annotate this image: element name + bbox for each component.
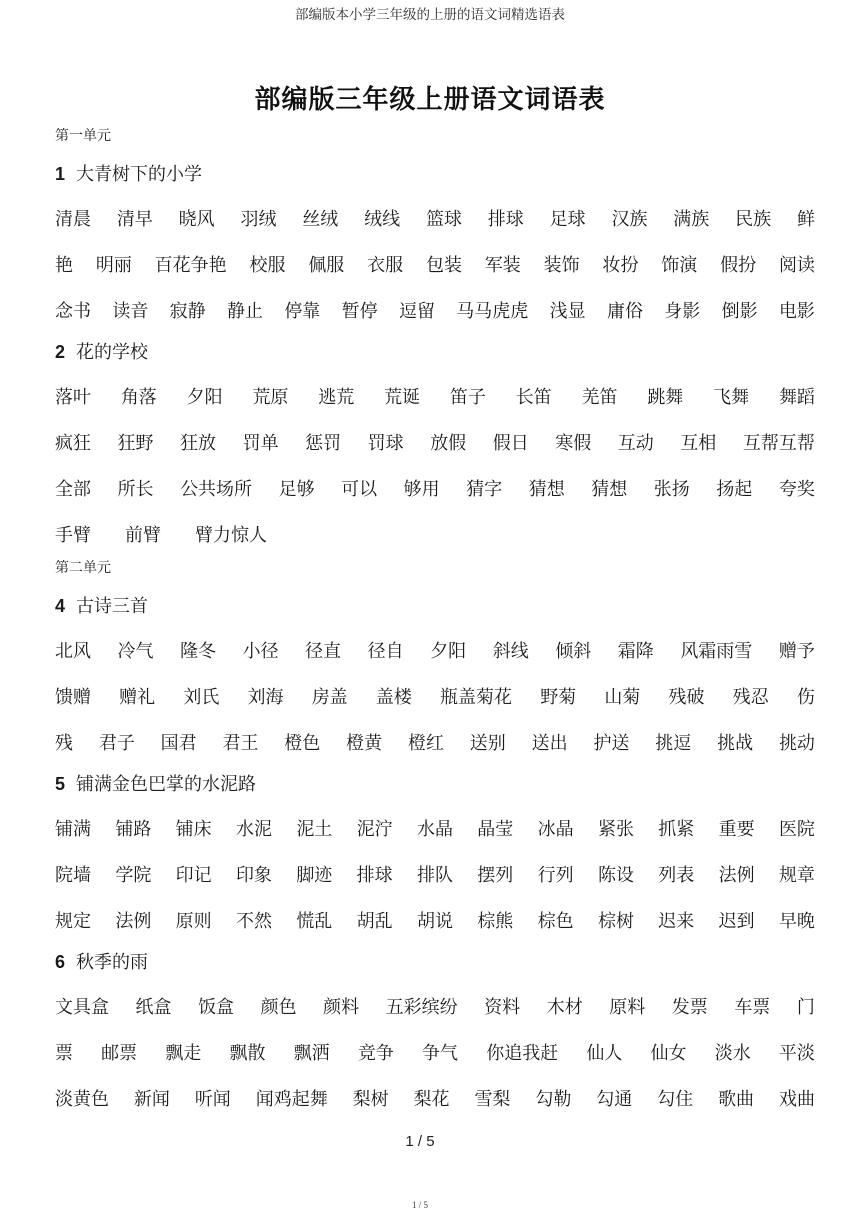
- word: 盖楼: [376, 686, 412, 709]
- word-line: 全部所长公共场所足够可以够用猜字猜想猜想张扬扬起夸奖: [55, 478, 815, 501]
- word: 院墙: [55, 864, 91, 887]
- word: 够用: [404, 478, 440, 501]
- word: 排队: [417, 864, 453, 887]
- vocabulary-list: 第一单元1大青树下的小学清晨清早晓风羽绒丝绒绒线篮球排球足球汉族满族民族鲜艳明丽…: [0, 128, 860, 1111]
- word: 落叶: [55, 386, 91, 409]
- word: 行列: [538, 864, 574, 887]
- word: 伤: [797, 686, 815, 709]
- lesson-heading: 4古诗三首: [55, 595, 815, 617]
- word: 泥土: [296, 818, 332, 841]
- word: 听闻: [195, 1088, 231, 1111]
- word: 橙色: [284, 732, 320, 755]
- word: 印象: [236, 864, 272, 887]
- word: 五彩缤纷: [386, 996, 458, 1019]
- word: 新闻: [134, 1088, 170, 1111]
- word: 静止: [227, 300, 263, 323]
- word: 猜字: [466, 478, 502, 501]
- word: 罚球: [368, 432, 404, 455]
- word: 戏曲: [779, 1088, 815, 1111]
- word: 冷气: [118, 640, 154, 663]
- word: 念书: [55, 300, 91, 323]
- word: 妆扮: [602, 254, 638, 277]
- word: 医院: [779, 818, 815, 841]
- word: 胡说: [417, 910, 453, 933]
- word: 放假: [430, 432, 466, 455]
- word: 足够: [279, 478, 315, 501]
- word: 胡乱: [357, 910, 393, 933]
- word: 勾通: [596, 1088, 632, 1111]
- word: 霜降: [618, 640, 654, 663]
- word: 飘洒: [294, 1042, 330, 1065]
- word: 文具盒: [55, 996, 109, 1019]
- unit-label: 第二单元: [55, 560, 815, 577]
- word: 径直: [305, 640, 341, 663]
- word: 颜色: [261, 996, 297, 1019]
- word: 棕熊: [477, 910, 513, 933]
- word-line: 票邮票飘走飘散飘洒竞争争气你追我赶仙人仙女淡水平淡: [55, 1042, 815, 1065]
- word: 房盖: [312, 686, 348, 709]
- word: 狂放: [180, 432, 216, 455]
- word: 夕阳: [187, 386, 223, 409]
- word: 野菊: [540, 686, 576, 709]
- word: 风霜雨雪: [680, 640, 752, 663]
- word: 臂力惊人: [195, 524, 267, 547]
- word: 送出: [532, 732, 568, 755]
- word: 木材: [547, 996, 583, 1019]
- lesson-title: 古诗三首: [76, 596, 148, 616]
- word: 丝绒: [302, 208, 338, 231]
- word-line: 念书读音寂静静止停靠暂停逗留马马虎虎浅显庸俗身影倒影电影: [55, 300, 815, 323]
- word: 逃荒: [318, 386, 354, 409]
- word: 排球: [488, 208, 524, 231]
- word: 票: [55, 1042, 73, 1065]
- word: 刘海: [248, 686, 284, 709]
- word: 互相: [680, 432, 716, 455]
- word: 疯狂: [55, 432, 91, 455]
- word: 飘散: [230, 1042, 266, 1065]
- word: 橙黄: [346, 732, 382, 755]
- word-line: 铺满铺路铺床水泥泥土泥泞水晶晶莹冰晶紧张抓紧重要医院: [55, 818, 815, 841]
- word: 电影: [779, 300, 815, 323]
- word: 隆冬: [180, 640, 216, 663]
- word: 棕色: [538, 910, 574, 933]
- word: 手臂: [55, 524, 91, 547]
- word: 抓紧: [658, 818, 694, 841]
- word: 争气: [422, 1042, 458, 1065]
- word: 寂静: [170, 300, 206, 323]
- word: 满族: [673, 208, 709, 231]
- word: 飘走: [165, 1042, 201, 1065]
- word: 荒诞: [384, 386, 420, 409]
- lesson-number: 2: [55, 342, 65, 362]
- word: 纸盒: [136, 996, 172, 1019]
- word: 所长: [118, 478, 154, 501]
- word: 铺满: [55, 818, 91, 841]
- word: 羌笛: [582, 386, 618, 409]
- word: 橙红: [408, 732, 444, 755]
- word: 足球: [550, 208, 586, 231]
- word-line: 残君子国君君王橙色橙黄橙红送别送出护送挑逗挑战挑动: [55, 732, 815, 755]
- word: 慌乱: [296, 910, 332, 933]
- lesson-heading: 2花的学校: [55, 341, 815, 363]
- lesson-title: 花的学校: [76, 342, 148, 362]
- word: 法例: [115, 910, 151, 933]
- lesson-title: 秋季的雨: [76, 952, 148, 972]
- word: 重要: [719, 818, 755, 841]
- word: 校服: [249, 254, 285, 277]
- word-line: 艳明丽百花争艳校服佩服衣服包装军装装饰妆扮饰演假扮阅读: [55, 254, 815, 277]
- word: 原料: [609, 996, 645, 1019]
- word: 篮球: [426, 208, 462, 231]
- word: 山菊: [604, 686, 640, 709]
- word: 倒影: [722, 300, 758, 323]
- word: 包装: [426, 254, 462, 277]
- word-line: 疯狂狂野狂放罚单惩罚罚球放假假日寒假互动互相互帮互帮: [55, 432, 815, 455]
- word: 你追我赶: [486, 1042, 558, 1065]
- word: 阅读: [779, 254, 815, 277]
- lesson-number: 5: [55, 774, 65, 794]
- word: 猜想: [529, 478, 565, 501]
- word: 羽绒: [240, 208, 276, 231]
- word: 脚迹: [296, 864, 332, 887]
- lesson-heading: 5铺满金色巴掌的水泥路: [55, 773, 815, 795]
- word: 棕树: [598, 910, 634, 933]
- word: 早晚: [779, 910, 815, 933]
- word: 资料: [484, 996, 520, 1019]
- word: 君王: [222, 732, 258, 755]
- word-line: 淡黄色新闻听闻闻鸡起舞梨树梨花雪梨勾勒勾通勾住歌曲戏曲: [55, 1088, 815, 1111]
- word: 仙女: [651, 1042, 687, 1065]
- word: 陈设: [598, 864, 634, 887]
- word: 晶莹: [477, 818, 513, 841]
- word-line: 文具盒纸盒饭盒颜色颜料五彩缤纷资料木材原料发票车票门: [55, 996, 815, 1019]
- lesson-title: 铺满金色巴掌的水泥路: [76, 774, 256, 794]
- word: 庸俗: [607, 300, 643, 323]
- word: 水泥: [236, 818, 272, 841]
- word: 可以: [341, 478, 377, 501]
- word: 倾斜: [555, 640, 591, 663]
- word: 艳: [55, 254, 73, 277]
- word: 荒原: [252, 386, 288, 409]
- word: 暂停: [342, 300, 378, 323]
- page-number: 1 / 5: [0, 1133, 840, 1151]
- word: 停靠: [284, 300, 320, 323]
- lesson-number: 4: [55, 596, 65, 616]
- word: 飞舞: [713, 386, 749, 409]
- word: 跳舞: [647, 386, 683, 409]
- document-running-header: 部编版本小学三年级的上册的语文词精选语表: [0, 0, 860, 23]
- word: 闻鸡起舞: [256, 1088, 328, 1111]
- word: 竞争: [358, 1042, 394, 1065]
- word: 印记: [176, 864, 212, 887]
- word: 扬起: [716, 478, 752, 501]
- word: 饰演: [661, 254, 697, 277]
- word: 规定: [55, 910, 91, 933]
- word-line: 馈赠赠礼刘氏刘海房盖盖楼瓶盖菊花野菊山菊残破残忍伤: [55, 686, 815, 709]
- word: 冰晶: [538, 818, 574, 841]
- word: 摆列: [477, 864, 513, 887]
- footer-page-number: 1 / 5: [0, 1200, 840, 1211]
- word: 平淡: [779, 1042, 815, 1065]
- lesson-heading: 1大青树下的小学: [55, 163, 815, 185]
- word: 勾勒: [535, 1088, 571, 1111]
- document-page: 部编版本小学三年级的上册的语文词精选语表 部编版三年级上册语文词语表 第一单元1…: [0, 0, 860, 1218]
- lesson-number: 1: [55, 164, 65, 184]
- word-line: 落叶角落夕阳荒原逃荒荒诞笛子长笛羌笛跳舞飞舞舞蹈: [55, 386, 815, 409]
- word: 夸奖: [779, 478, 815, 501]
- word: 假日: [493, 432, 529, 455]
- word: 馈赠: [55, 686, 91, 709]
- word: 小径: [243, 640, 279, 663]
- word: 梨树: [353, 1088, 389, 1111]
- word: 排球: [357, 864, 393, 887]
- word: 紧张: [598, 818, 634, 841]
- word: 舞蹈: [779, 386, 815, 409]
- word: 互帮互帮: [743, 432, 815, 455]
- word: 绒线: [364, 208, 400, 231]
- word: 挑逗: [655, 732, 691, 755]
- word: 迟来: [658, 910, 694, 933]
- word-line: 规定法例原则不然慌乱胡乱胡说棕熊棕色棕树迟来迟到早晚: [55, 910, 815, 933]
- word: 北风: [55, 640, 91, 663]
- word: 百花争艳: [155, 254, 227, 277]
- word: 张扬: [654, 478, 690, 501]
- word: 邮票: [101, 1042, 137, 1065]
- word: 惩罚: [305, 432, 341, 455]
- word: 马马虎虎: [456, 300, 528, 323]
- word: 角落: [121, 386, 157, 409]
- word: 车票: [734, 996, 770, 1019]
- word: 颜料: [323, 996, 359, 1019]
- word: 铺床: [176, 818, 212, 841]
- word: 学院: [115, 864, 151, 887]
- word: 淡水: [715, 1042, 751, 1065]
- word: 鲜: [797, 208, 815, 231]
- word: 狂野: [118, 432, 154, 455]
- word: 身影: [664, 300, 700, 323]
- word-line: 院墙学院印记印象脚迹排球排队摆列行列陈设列表法例规章: [55, 864, 815, 887]
- word: 残: [55, 732, 73, 755]
- word: 读音: [112, 300, 148, 323]
- word-line: 清晨清早晓风羽绒丝绒绒线篮球排球足球汉族满族民族鲜: [55, 208, 815, 231]
- word: 梨花: [414, 1088, 450, 1111]
- word: 刘氏: [183, 686, 219, 709]
- word: 门: [797, 996, 815, 1019]
- word: 斜线: [493, 640, 529, 663]
- word: 送别: [470, 732, 506, 755]
- lesson-heading: 6秋季的雨: [55, 951, 815, 973]
- word: 晓风: [179, 208, 215, 231]
- word: 原则: [176, 910, 212, 933]
- word: 歌曲: [718, 1088, 754, 1111]
- lesson-number: 6: [55, 952, 65, 972]
- word: 浅显: [550, 300, 586, 323]
- word: 佩服: [308, 254, 344, 277]
- word-line: 北风冷气隆冬小径径直径自夕阳斜线倾斜霜降风霜雨雪赠予: [55, 640, 815, 663]
- word: 逗留: [399, 300, 435, 323]
- word: 公共场所: [180, 478, 252, 501]
- word: 饭盒: [198, 996, 234, 1019]
- word: 清早: [117, 208, 153, 231]
- word: 护送: [593, 732, 629, 755]
- word: 君子: [99, 732, 135, 755]
- word: 夕阳: [430, 640, 466, 663]
- word: 不然: [236, 910, 272, 933]
- word: 赠礼: [119, 686, 155, 709]
- page-title: 部编版三年级上册语文词语表: [0, 85, 860, 115]
- word: 仙人: [586, 1042, 622, 1065]
- word: 汉族: [611, 208, 647, 231]
- lesson-title: 大青树下的小学: [76, 164, 202, 184]
- word: 淡黄色: [55, 1088, 109, 1111]
- word: 铺路: [115, 818, 151, 841]
- word: 发票: [672, 996, 708, 1019]
- word: 残破: [669, 686, 705, 709]
- word: 猜想: [591, 478, 627, 501]
- word: 列表: [658, 864, 694, 887]
- word: 挑动: [779, 732, 815, 755]
- word: 规章: [779, 864, 815, 887]
- word: 民族: [735, 208, 771, 231]
- word: 水晶: [417, 818, 453, 841]
- word: 寒假: [555, 432, 591, 455]
- word: 装饰: [544, 254, 580, 277]
- word: 军装: [485, 254, 521, 277]
- word: 罚单: [243, 432, 279, 455]
- word: 前臂: [125, 524, 161, 547]
- word: 泥泞: [357, 818, 393, 841]
- word: 径自: [368, 640, 404, 663]
- word: 国君: [161, 732, 197, 755]
- word: 明丽: [96, 254, 132, 277]
- word: 清晨: [55, 208, 91, 231]
- word: 残忍: [733, 686, 769, 709]
- word: 衣服: [367, 254, 403, 277]
- word: 雪梨: [474, 1088, 510, 1111]
- word: 瓶盖菊花: [440, 686, 512, 709]
- word: 勾住: [657, 1088, 693, 1111]
- word: 笛子: [450, 386, 486, 409]
- word: 互动: [618, 432, 654, 455]
- word: 全部: [55, 478, 91, 501]
- word: 法例: [719, 864, 755, 887]
- word-line: 手臂前臂臂力惊人: [55, 524, 815, 547]
- word: 挑战: [717, 732, 753, 755]
- word: 假扮: [720, 254, 756, 277]
- word: 长笛: [516, 386, 552, 409]
- word: 赠予: [779, 640, 815, 663]
- word: 迟到: [719, 910, 755, 933]
- unit-label: 第一单元: [55, 128, 815, 145]
